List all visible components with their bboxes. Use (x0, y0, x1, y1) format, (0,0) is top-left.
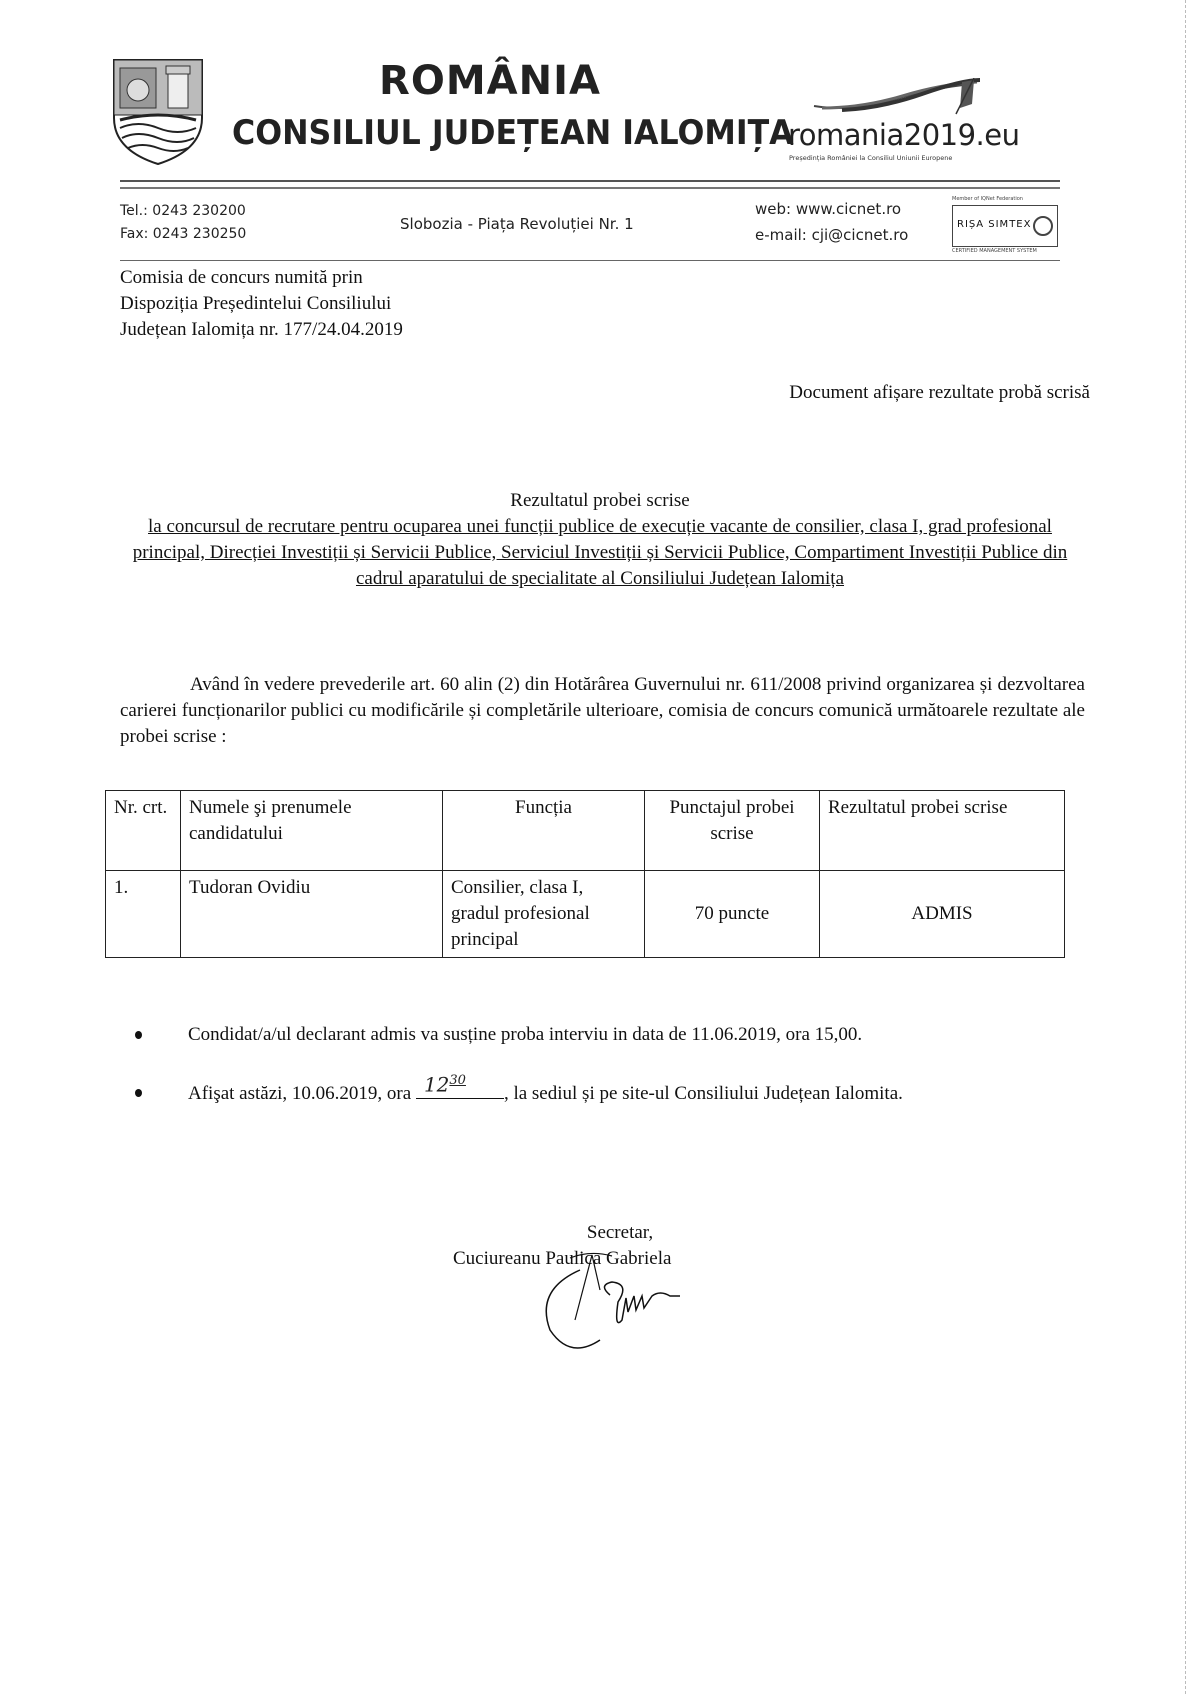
header-name: Numele şi prenumele candidatului (181, 791, 443, 871)
header-score: Punctajul probei scrise (645, 791, 820, 871)
institution-title: CONSILIUL JUDEȚEAN IALOMIȚA (232, 113, 794, 153)
romania2019-logo-subtitle: Președinția României la Consiliul Uniuni… (789, 154, 952, 162)
cell-name: Tudoran Ovidiu (181, 871, 443, 958)
cell-score: 70 puncte (645, 871, 820, 958)
cell-function: Consilier, clasa I, gradul profesional p… (443, 871, 645, 958)
document-type: Document afișare rezultate probă scrisă (789, 380, 1090, 406)
results-subtitle: la concursul de recrutare pentru ocupare… (120, 514, 1080, 592)
handwritten-time: 1230 (424, 1068, 466, 1098)
commission-line-2: Dispoziția Președintelui Consiliului (120, 291, 403, 317)
header-divider-double (120, 180, 1060, 189)
bullet-icon (135, 1031, 142, 1039)
country-title: ROMÂNIA (300, 58, 680, 104)
results-title: Rezultatul probei scrise (120, 488, 1080, 514)
note-posted: Afişat astăzi, 10.06.2019, ora 1230, la … (130, 1080, 1090, 1107)
county-coat-of-arms-icon (112, 58, 204, 166)
table-header-row: Nr. crt. Numele şi prenumele candidatulu… (106, 791, 1065, 871)
scan-edge-marks (1183, 0, 1186, 1694)
header-function: Funcția (443, 791, 645, 871)
romania2019-wave-logo-icon (812, 78, 982, 116)
cell-nr: 1. (106, 871, 181, 958)
note-interview-text: Condidat/a/ul declarant admis va susține… (188, 1024, 862, 1045)
header-divider (120, 260, 1060, 261)
cell-result: ADMIS (820, 871, 1065, 958)
commission-line-3: Județean Ialomița nr. 177/24.04.2019 (120, 317, 403, 343)
website: web: www.cicnet.ro (755, 200, 901, 218)
fax-number: Fax: 0243 230250 (120, 226, 246, 242)
signatory-role: Secretar, (560, 1220, 680, 1246)
note-posted-prefix: Afişat astăzi, 10.06.2019, ora (188, 1083, 416, 1104)
certification-badge: RIȘA SIMTEX (952, 205, 1058, 247)
note-posted-suffix: , la sediul și pe site-ul Consiliului Ju… (504, 1083, 903, 1104)
address: Slobozia - Piața Revoluției Nr. 1 (400, 215, 634, 233)
posted-time-field: 1230 (416, 1080, 504, 1099)
header-nr: Nr. crt. (106, 791, 181, 871)
table-row: 1. Tudoran Ovidiu Consilier, clasa I, gr… (106, 871, 1065, 958)
certification-top-text: Member of IQNet Federation (952, 196, 1023, 202)
commission-line-1: Comisia de concurs numită prin (120, 265, 403, 291)
certification-label: RIȘA SIMTEX (957, 219, 1031, 230)
commission-block: Comisia de concurs numită prin Dispoziți… (120, 265, 403, 343)
certification-bottom-text: CERTIFIED MANAGEMENT SYSTEM (952, 248, 1037, 254)
romania2019-logo-text: romania2019.eu (788, 118, 1020, 152)
intro-paragraph: Având în vedere prevederile art. 60 alin… (120, 672, 1085, 750)
bullet-icon (135, 1089, 142, 1097)
results-table: Nr. crt. Numele şi prenumele candidatulu… (105, 790, 1065, 958)
phone-number: Tel.: 0243 230200 (120, 203, 246, 219)
handwritten-signature-icon (540, 1250, 740, 1355)
header-result: Rezultatul probei scrise (820, 791, 1065, 871)
note-interview: Condidat/a/ul declarant admis va susține… (130, 1022, 1090, 1048)
intro-paragraph-text: Având în vedere prevederile art. 60 alin… (120, 674, 1085, 747)
email-address: e-mail: cji@cicnet.ro (755, 226, 908, 244)
notes-list: Condidat/a/ul declarant admis va susține… (130, 1022, 1090, 1139)
certification-seal-icon (1033, 216, 1053, 236)
